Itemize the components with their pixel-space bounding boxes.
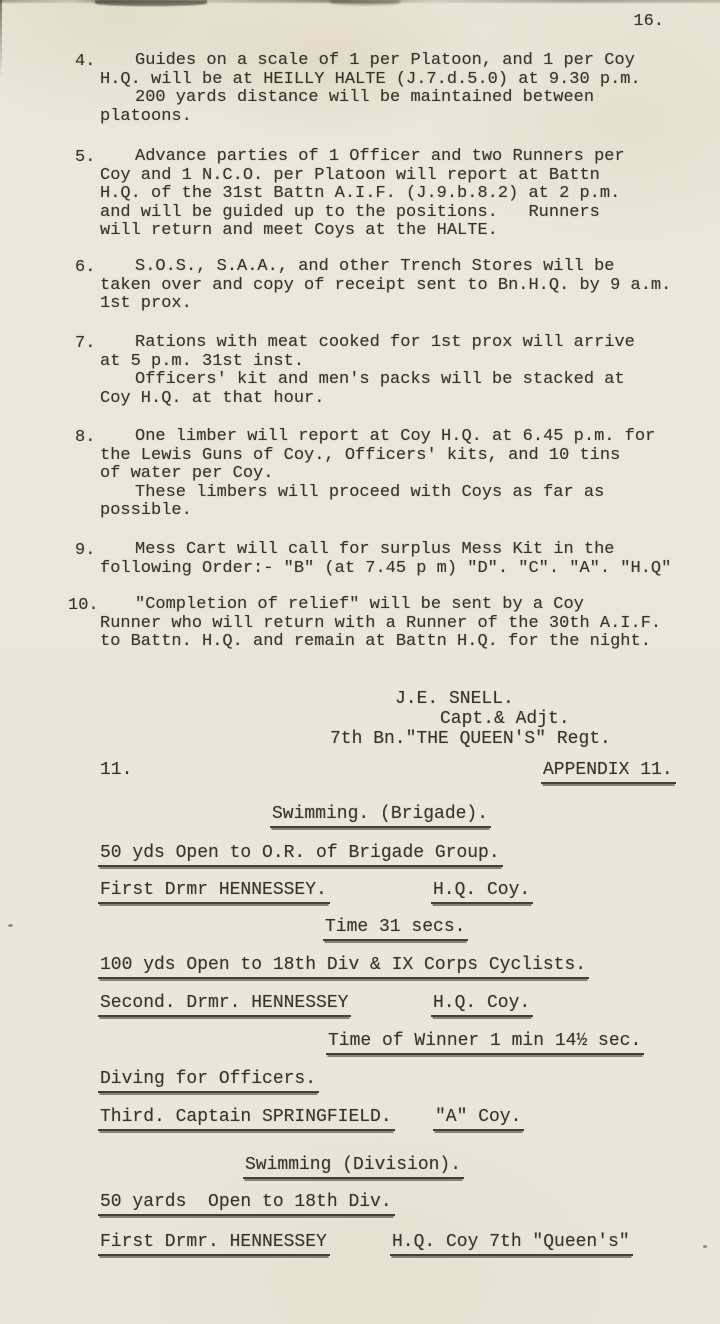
event-title: 100 yds Open to 18th Div & IX Corps Cycl… bbox=[98, 955, 589, 979]
time-row: Time of Winner 1 min 14½ sec. bbox=[0, 1031, 720, 1059]
result-name: Second. Drmr. HENNESSEY bbox=[98, 993, 351, 1017]
order-line: will return and meet Coys at the HALTE. bbox=[100, 222, 674, 241]
event-title-row: Diving for Officers. bbox=[0, 1069, 720, 1097]
order-item-body: Advance parties of 1 Officer and two Run… bbox=[100, 148, 674, 241]
event-title-row: 50 yards Open to 18th Div. bbox=[0, 1192, 720, 1220]
event-heading: Swimming (Division). bbox=[243, 1155, 464, 1179]
result-row: Second. Drmr. HENNESSEYH.Q. Coy. bbox=[0, 993, 720, 1021]
order-line: H.Q. will be at HEILLY HALTE (J.7.d.5.0)… bbox=[100, 71, 674, 90]
order-line: Coy H.Q. at that hour. bbox=[100, 390, 674, 409]
order-line: and will be guided up to the positions. … bbox=[100, 204, 674, 223]
order-line: to Battn. H.Q. and remain at Battn H.Q. … bbox=[100, 633, 674, 652]
result-company: H.Q. Coy 7th "Queen's" bbox=[390, 1232, 633, 1256]
order-item-number: 7. bbox=[75, 334, 95, 353]
result-company: "A" Coy. bbox=[433, 1107, 524, 1131]
order-line: Mess Cart will call for surplus Mess Kit… bbox=[100, 541, 674, 560]
order-line: S.O.S., S.A.A., and other Trench Stores … bbox=[100, 258, 674, 277]
appendix-item-number: 11. bbox=[100, 760, 132, 780]
order-item-body: Mess Cart will call for surplus Mess Kit… bbox=[100, 541, 674, 578]
scan-artifact-smudge bbox=[95, 0, 207, 6]
signature-name: J.E. SNELL. bbox=[395, 689, 720, 709]
result-company: H.Q. Coy. bbox=[431, 880, 533, 904]
order-line: taken over and copy of receipt sent to B… bbox=[100, 277, 674, 296]
result-row: First Drmr. HENNESSEYH.Q. Coy 7th "Queen… bbox=[0, 1232, 720, 1260]
order-line: Coy and 1 N.C.O. per Platoon will report… bbox=[100, 167, 674, 186]
result-name: Third. Captain SPRINGFIELD. bbox=[98, 1107, 395, 1131]
order-line: One limber will report at Coy H.Q. at 6.… bbox=[100, 428, 674, 447]
scan-artifact-smudge bbox=[330, 0, 400, 5]
order-line: of water per Coy. bbox=[100, 465, 674, 484]
order-item-body: Guides on a scale of 1 per Platoon, and … bbox=[100, 52, 674, 126]
order-line: These limbers will proceed with Coys as … bbox=[100, 484, 674, 503]
result-company: H.Q. Coy. bbox=[431, 993, 533, 1017]
order-item: 8.One limber will report at Coy H.Q. at … bbox=[0, 428, 720, 521]
order-item: 6.S.O.S., S.A.A., and other Trench Store… bbox=[0, 258, 720, 314]
time-text: Time of Winner 1 min 14½ sec. bbox=[326, 1031, 644, 1055]
order-line: Advance parties of 1 Officer and two Run… bbox=[100, 148, 674, 167]
time-text: Time 31 secs. bbox=[323, 917, 468, 941]
order-line: Guides on a scale of 1 per Platoon, and … bbox=[100, 52, 674, 71]
page-number: 16. bbox=[633, 12, 664, 31]
signature-block: J.E. SNELL. Capt.& Adjt. 7th Bn."THE QUE… bbox=[0, 689, 720, 749]
event-title-row: 50 yds Open to O.R. of Brigade Group. bbox=[0, 843, 720, 871]
signature-unit: 7th Bn."THE QUEEN'S" Regt. bbox=[330, 729, 720, 749]
order-line: Officers' kit and men's packs will be st… bbox=[100, 371, 674, 390]
order-item-body: Rations with meat cooked for 1st prox wi… bbox=[100, 334, 674, 408]
order-item-number: 10. bbox=[68, 596, 99, 615]
order-item: 4.Guides on a scale of 1 per Platoon, an… bbox=[0, 52, 720, 126]
order-item: 5.Advance parties of 1 Officer and two R… bbox=[0, 148, 720, 241]
event-title: 50 yds Open to O.R. of Brigade Group. bbox=[98, 843, 503, 867]
order-item-body: One limber will report at Coy H.Q. at 6.… bbox=[100, 428, 674, 521]
event-title: 50 yards Open to 18th Div. bbox=[98, 1192, 395, 1216]
order-line: possible. bbox=[100, 502, 674, 521]
order-item-number: 8. bbox=[75, 428, 95, 447]
order-item-number: 9. bbox=[75, 541, 95, 560]
order-item-number: 6. bbox=[75, 258, 95, 277]
result-name: First Drmr HENNESSEY. bbox=[98, 880, 330, 904]
signature-rank: Capt.& Adjt. bbox=[440, 709, 720, 729]
order-line: "Completion of relief" will be sent by a… bbox=[100, 596, 674, 615]
appendix-header: 11. APPENDIX 11. bbox=[0, 760, 720, 786]
time-row: Time 31 secs. bbox=[0, 917, 720, 945]
order-item: 9.Mess Cart will call for surplus Mess K… bbox=[0, 541, 720, 578]
order-item: 10."Completion of relief" will be sent b… bbox=[0, 596, 720, 652]
order-line: 1st prox. bbox=[100, 295, 674, 314]
order-item-number: 5. bbox=[75, 148, 95, 167]
event-heading: Swimming. (Brigade). bbox=[270, 804, 491, 828]
appendix-title: APPENDIX 11. bbox=[541, 760, 676, 784]
order-line: at 5 p.m. 31st inst. bbox=[100, 353, 674, 372]
order-item-number: 4. bbox=[75, 52, 95, 71]
order-item: 7.Rations with meat cooked for 1st prox … bbox=[0, 334, 720, 408]
document-page: 16. 4.Guides on a scale of 1 per Platoon… bbox=[0, 0, 720, 1324]
event-title: Diving for Officers. bbox=[98, 1069, 319, 1093]
order-line: the Lewis Guns of Coy., Officers' kits, … bbox=[100, 447, 674, 466]
order-item-body: S.O.S., S.A.A., and other Trench Stores … bbox=[100, 258, 674, 314]
order-item-body: "Completion of relief" will be sent by a… bbox=[100, 596, 674, 652]
order-line: platoons. bbox=[100, 108, 674, 127]
order-line: following Order:- "B" (at 7.45 p m) "D".… bbox=[100, 560, 674, 579]
event-heading-row: Swimming. (Brigade). bbox=[0, 804, 720, 832]
order-line: 200 yards distance will be maintained be… bbox=[100, 89, 674, 108]
order-line: Runner who will return with a Runner of … bbox=[100, 615, 674, 634]
event-title-row: 100 yds Open to 18th Div & IX Corps Cycl… bbox=[0, 955, 720, 983]
order-line: Rations with meat cooked for 1st prox wi… bbox=[100, 334, 674, 353]
result-name: First Drmr. HENNESSEY bbox=[98, 1232, 330, 1256]
order-line: H.Q. of the 31st Battn A.I.F. (J.9.b.8.2… bbox=[100, 185, 674, 204]
event-heading-row: Swimming (Division). bbox=[0, 1155, 720, 1183]
result-row: First Drmr HENNESSEY.H.Q. Coy. bbox=[0, 880, 720, 908]
result-row: Third. Captain SPRINGFIELD."A" Coy. bbox=[0, 1107, 720, 1135]
